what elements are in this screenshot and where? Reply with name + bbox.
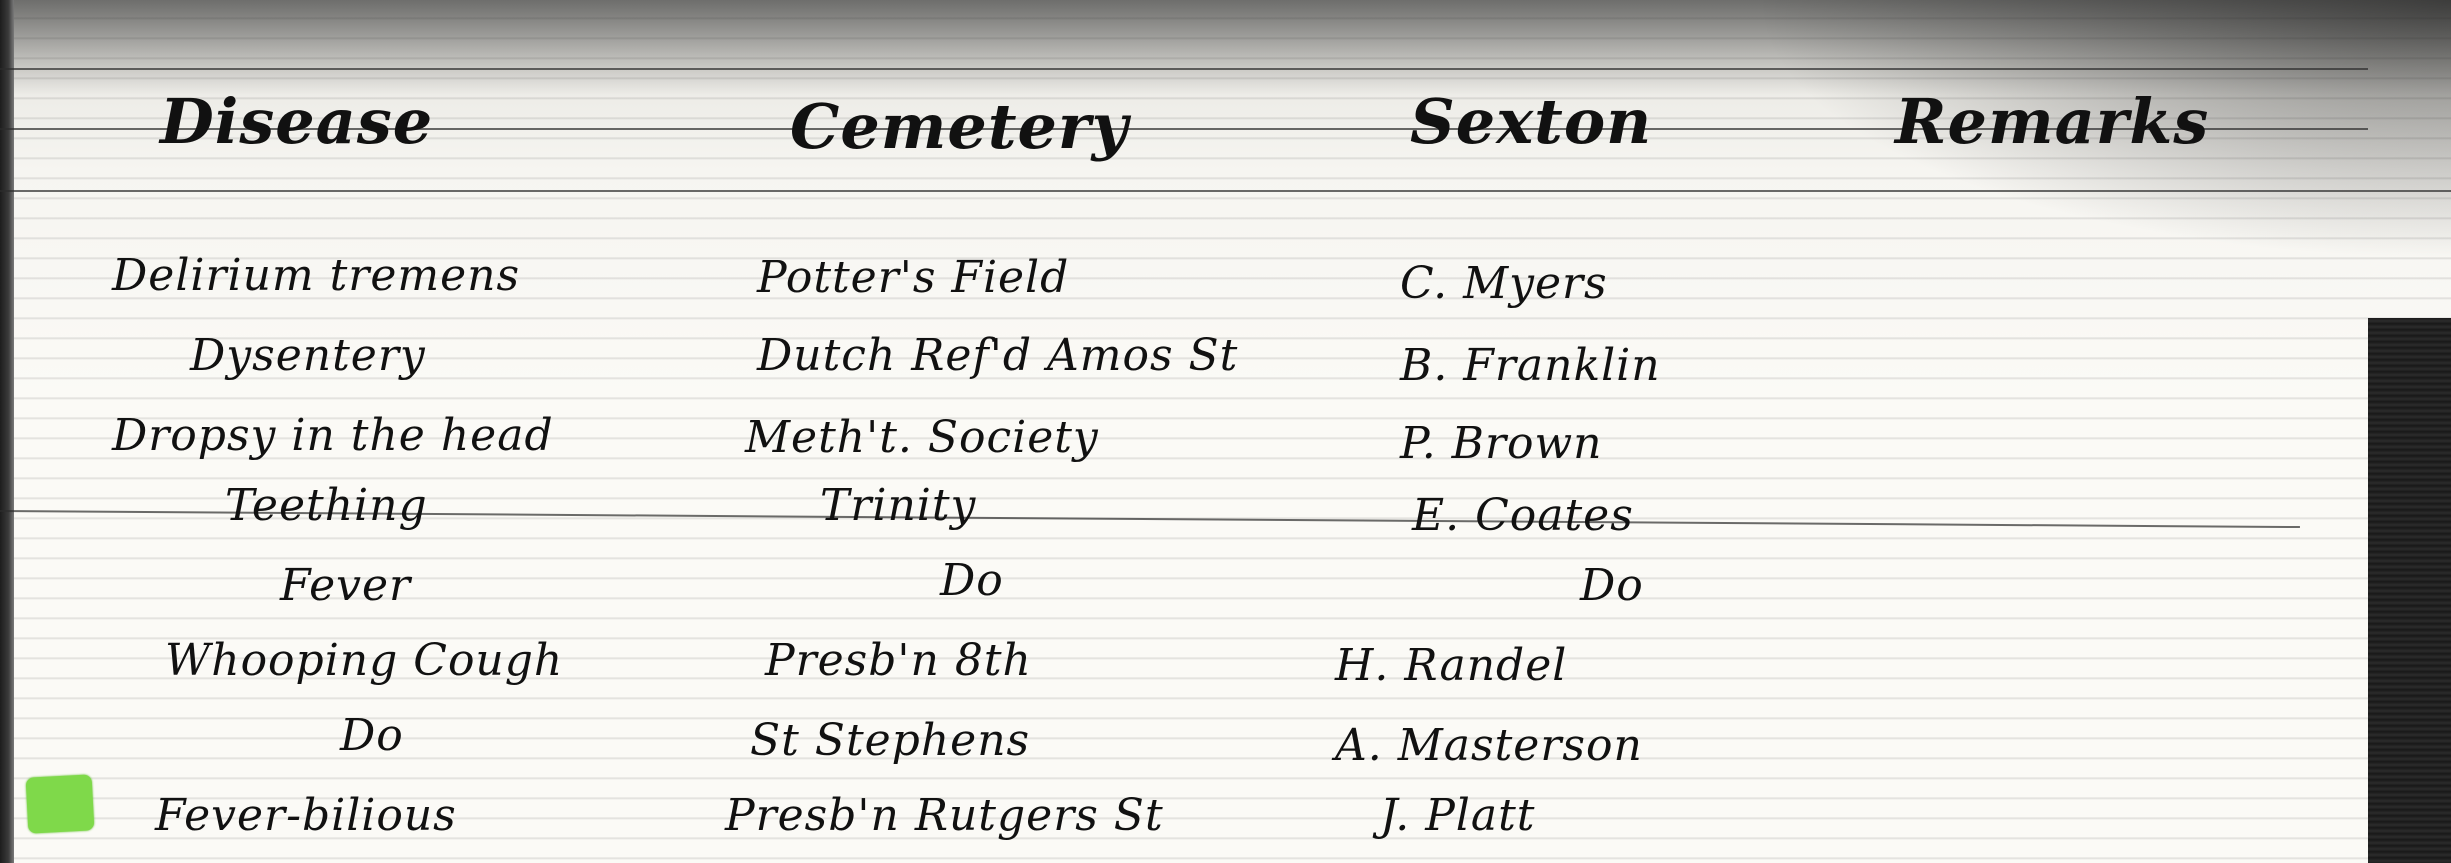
cell-disease: Dropsy in the head: [112, 410, 554, 461]
cell-disease: Delirium tremens: [112, 250, 520, 301]
cell-sexton: E. Coates: [1412, 490, 1634, 541]
green-highlight-marker: [26, 774, 95, 833]
cell-disease: Dysentery: [190, 330, 426, 381]
cell-sexton: A. Masterson: [1335, 720, 1643, 771]
header-sexton: Sexton: [1410, 85, 1652, 158]
cell-disease: Do: [340, 710, 404, 761]
cell-cemetery: Trinity: [820, 480, 976, 531]
cell-sexton: C. Myers: [1400, 258, 1608, 309]
header-remarks: Remarks: [1895, 85, 2209, 158]
cell-sexton: P. Brown: [1400, 418, 1603, 469]
header-cemetery: Cemetery: [790, 90, 1129, 163]
cell-cemetery: Presb'n 8th: [765, 635, 1032, 686]
header-disease: Disease: [160, 85, 433, 158]
scan-dark-margin: [2368, 318, 2451, 863]
cell-sexton: Do: [1580, 560, 1644, 611]
ledger-rule: [0, 68, 2368, 70]
cell-disease: Fever-bilious: [155, 790, 457, 841]
cell-cemetery: Potter's Field: [757, 252, 1069, 303]
cell-cemetery: Dutch Ref'd Amos St: [757, 330, 1238, 381]
cell-disease: Whooping Cough: [165, 635, 563, 686]
cell-cemetery: St Stephens: [750, 715, 1030, 766]
cell-disease: Teething: [225, 480, 428, 531]
cell-sexton: J. Platt: [1380, 790, 1535, 841]
cell-cemetery: Presb'n Rutgers St: [725, 790, 1164, 841]
cell-sexton: B. Franklin: [1400, 340, 1661, 391]
cell-disease: Fever: [280, 560, 411, 611]
cell-cemetery: Do: [940, 555, 1004, 606]
cell-sexton: H. Randel: [1335, 640, 1567, 691]
scanned-ledger-page: Disease Cemetery Sexton Remarks Delirium…: [0, 0, 2451, 863]
ledger-rule: [0, 190, 2451, 192]
cell-cemetery: Meth't. Society: [745, 412, 1099, 463]
